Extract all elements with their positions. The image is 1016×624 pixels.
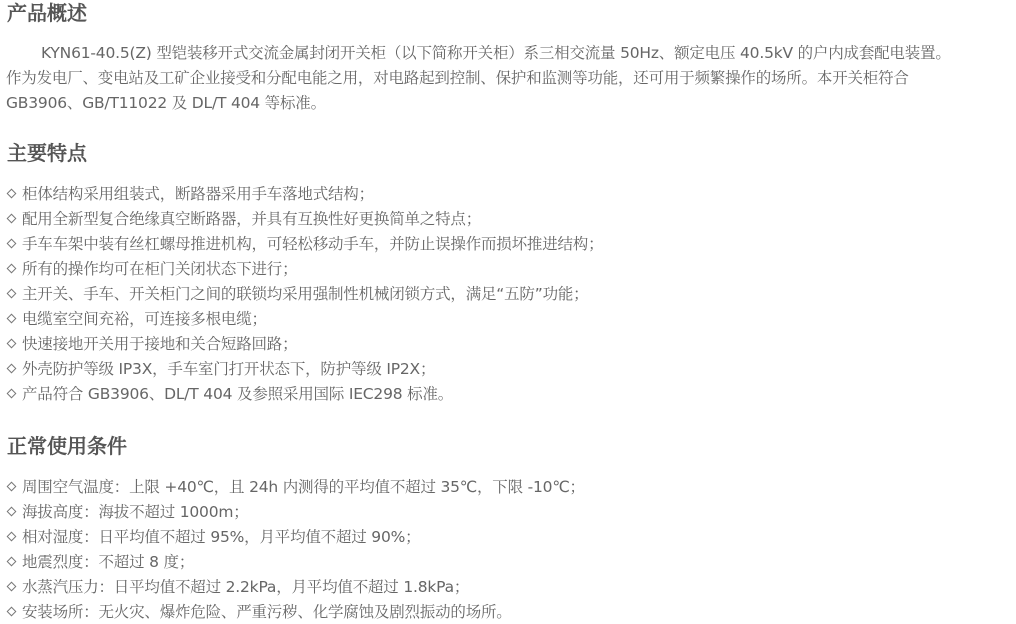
list-item: 周围空气温度：上限 +40℃，且 24h 内测得的平均值不超过 35℃，下限 -… xyxy=(6,475,585,500)
diamond-bullet-icon xyxy=(7,582,17,592)
diamond-bullet-icon xyxy=(7,264,17,274)
list-item: 海拔高度：海拔不超过 1000m； xyxy=(6,500,585,525)
list-item: 相对湿度：日平均值不超过 95%，月平均值不超过 90%； xyxy=(6,525,585,550)
conditions-list: 周围空气温度：上限 +40℃，且 24h 内测得的平均值不超过 35℃，下限 -… xyxy=(6,475,585,624)
list-item: 电缆室空间充裕，可连接多根电缆； xyxy=(6,307,603,332)
diamond-bullet-icon xyxy=(7,314,17,324)
diamond-bullet-icon xyxy=(7,607,17,617)
product-description-page: 产品概述 KYN61-40.5(Z) 型铠装移开式交流金属封闭开关柜（以下简称开… xyxy=(0,0,1016,624)
list-item: 地震烈度：不超过 8 度； xyxy=(6,550,585,575)
features-list: 柜体结构采用组装式，断路器采用手车落地式结构； 配用全新型复合绝缘真空断路器，并… xyxy=(6,182,603,407)
overview-paragraph: KYN61-40.5(Z) 型铠装移开式交流金属封闭开关柜（以下简称开关柜）系三… xyxy=(6,41,1016,116)
conditions-heading: 正常使用条件 xyxy=(7,433,127,459)
diamond-bullet-icon xyxy=(7,289,17,299)
list-item: 手车车架中装有丝杠螺母推进机构，可轻松移动手车，并防止误操作而损坏推进结构； xyxy=(6,232,603,257)
list-item: 主开关、手车、开关柜门之间的联锁均采用强制性机械闭锁方式，满足“五防”功能； xyxy=(6,282,603,307)
overview-line-3: GB3906、GB/T11022 及 DL/T 404 等标准。 xyxy=(6,91,1016,116)
diamond-bullet-icon xyxy=(7,389,17,399)
diamond-bullet-icon xyxy=(7,557,17,567)
list-item: 配用全新型复合绝缘真空断路器，并具有互换性好更换简单之特点； xyxy=(6,207,603,232)
diamond-bullet-icon xyxy=(7,532,17,542)
list-item: 柜体结构采用组装式，断路器采用手车落地式结构； xyxy=(6,182,603,207)
list-item: 水蒸汽压力：日平均值不超过 2.2kPa，月平均值不超过 1.8kPa； xyxy=(6,575,585,600)
diamond-bullet-icon xyxy=(7,189,17,199)
list-item: 所有的操作均可在柜门关闭状态下进行； xyxy=(6,257,603,282)
diamond-bullet-icon xyxy=(7,507,17,517)
overview-heading: 产品概述 xyxy=(7,0,87,26)
features-heading: 主要特点 xyxy=(7,140,87,166)
list-item: 外壳防护等级 IP3X，手车室门打开状态下，防护等级 IP2X； xyxy=(6,357,603,382)
diamond-bullet-icon xyxy=(7,239,17,249)
list-item: 快速接地开关用于接地和关合短路回路； xyxy=(6,332,603,357)
list-item: 安装场所：无火灾、爆炸危险、严重污秽、化学腐蚀及剧烈振动的场所。 xyxy=(6,600,585,624)
diamond-bullet-icon xyxy=(7,364,17,374)
diamond-bullet-icon xyxy=(7,214,17,224)
overview-line-1: KYN61-40.5(Z) 型铠装移开式交流金属封闭开关柜（以下简称开关柜）系三… xyxy=(6,41,1016,66)
diamond-bullet-icon xyxy=(7,482,17,492)
diamond-bullet-icon xyxy=(7,339,17,349)
list-item: 产品符合 GB3906、DL/T 404 及参照采用国际 IEC298 标准。 xyxy=(6,382,603,407)
overview-line-2: 作为发电厂、变电站及工矿企业接受和分配电能之用，对电路起到控制、保护和监测等功能… xyxy=(6,66,1016,91)
